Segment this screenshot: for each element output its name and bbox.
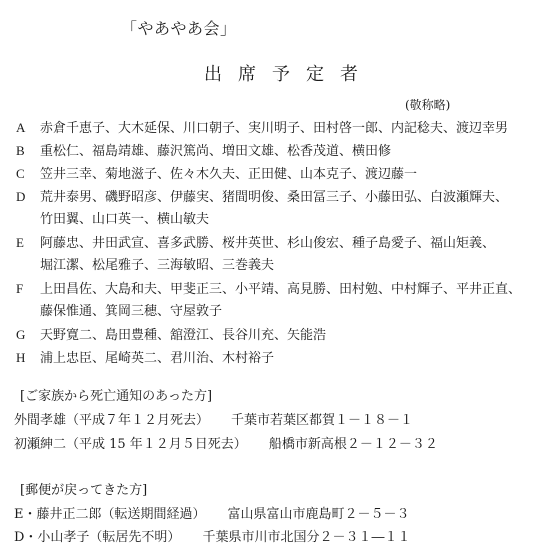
entry-address: 富山県富山市鹿島町２－５－３: [228, 507, 410, 522]
group-letter: F: [16, 278, 40, 300]
entry-name: 外間孝雄（平成７年１２月死去）: [14, 413, 209, 428]
group-letter: D: [16, 186, 40, 208]
attendee-names-continued: 藤保惟通、箕岡三穂、守屋敦子: [40, 301, 222, 323]
attendee-names: 赤倉千恵子、大木延保、川口朝子、実川明子、田村啓一郎、内記稔夫、渡辺幸男: [40, 118, 508, 140]
group-letter: G: [16, 324, 40, 346]
returned-mail-entry: D・小山孝子（転居先不明）千葉県市川市北国分２－３１―１１: [14, 526, 410, 545]
attendee-group-h: H浦上忠臣、尾崎英二、君川治、木村裕子: [16, 347, 274, 370]
group-letter: C: [16, 163, 40, 185]
group-letter: H: [16, 347, 40, 369]
entry-address: 千葉市若葉区都賀１－１８－１: [231, 413, 413, 428]
attendee-group-d: D荒井泰男、磯野昭彦、伊藤実、猪間明俊、桑田冨三子、小藤田弘、白波瀬輝夫、: [16, 186, 508, 209]
deceased-heading: [ご家族から死亡通知のあった方]: [20, 385, 212, 404]
returned-mail-heading: [郵便が戻ってきた方]: [20, 479, 147, 498]
attendee-names: 笠井三幸、菊地滋子、佐々木久夫、正田健、山本克子、渡辺藤一: [40, 164, 417, 186]
deceased-entry: 初瀬紳二（平成 15 年１２月５日死去）船橋市新高根２－１２－３２: [14, 433, 438, 452]
group-letter: A: [16, 117, 40, 139]
attendee-group-b: B重松仁、福島靖雄、藤沢篤尚、増田文雄、松香茂道、横田修: [16, 140, 391, 163]
attendee-group-f: F上田昌佐、大島和夫、甲斐正三、小平靖、高見勝、田村勉、中村輝子、平井正直、: [16, 278, 521, 301]
entry-name: E・藤井正二郎（転送期間経過）: [14, 507, 206, 522]
attendee-names: 上田昌佐、大島和夫、甲斐正三、小平靖、高見勝、田村勉、中村輝子、平井正直、: [40, 279, 521, 301]
attendee-names-continued: 堀江潔、松尾雅子、三海敏昭、三巻義夫: [40, 255, 274, 277]
attendee-names: 阿藤忠、井田武宣、喜多武勝、桜井英世、杉山俊宏、種子島愛子、福山矩義、: [40, 233, 495, 255]
attendee-names: 浦上忠臣、尾崎英二、君川治、木村裕子: [40, 348, 274, 370]
attendee-group-e: E阿藤忠、井田武宣、喜多武勝、桜井英世、杉山俊宏、種子島愛子、福山矩義、: [16, 232, 495, 255]
entry-address: 千葉県市川市北国分２－３１―１１: [202, 530, 410, 545]
entry-address: 船橋市新高根２－１２－３２: [269, 437, 438, 452]
document-title: 出席予定者: [204, 60, 374, 86]
deceased-entry: 外間孝雄（平成７年１２月死去）千葉市若葉区都賀１－１８－１: [14, 409, 413, 428]
attendee-group-g: G天野寛二、島田豊種、舘澄江、長谷川充、矢能浩: [16, 324, 326, 347]
attendee-names-continued: 竹田翼、山口英一、横山敏夫: [40, 209, 209, 231]
attendee-group-c: C笠井三幸、菊地滋子、佐々木久夫、正田健、山本克子、渡辺藤一: [16, 163, 417, 186]
group-letter: B: [16, 140, 40, 162]
attendee-group-a: A赤倉千恵子、大木延保、川口朝子、実川明子、田村啓一郎、内記稔夫、渡辺幸男: [16, 117, 508, 140]
group-letter: E: [16, 232, 40, 254]
returned-mail-entry: E・藤井正二郎（転送期間経過）富山県富山市鹿島町２－５－３: [14, 503, 410, 522]
attendee-names: 重松仁、福島靖雄、藤沢篤尚、増田文雄、松香茂道、横田修: [40, 141, 391, 163]
attendee-names: 荒井泰男、磯野昭彦、伊藤実、猪間明俊、桑田冨三子、小藤田弘、白波瀬輝夫、: [40, 187, 508, 209]
group-name: 「やあやあ会」: [121, 16, 237, 39]
attendee-names: 天野寛二、島田豊種、舘澄江、長谷川充、矢能浩: [40, 325, 326, 347]
entry-name: D・小山孝子（転居先不明）: [14, 530, 180, 545]
honorific-note: (敬称略): [405, 96, 450, 113]
entry-name: 初瀬紳二（平成 15 年１２月５日死去）: [14, 437, 247, 452]
